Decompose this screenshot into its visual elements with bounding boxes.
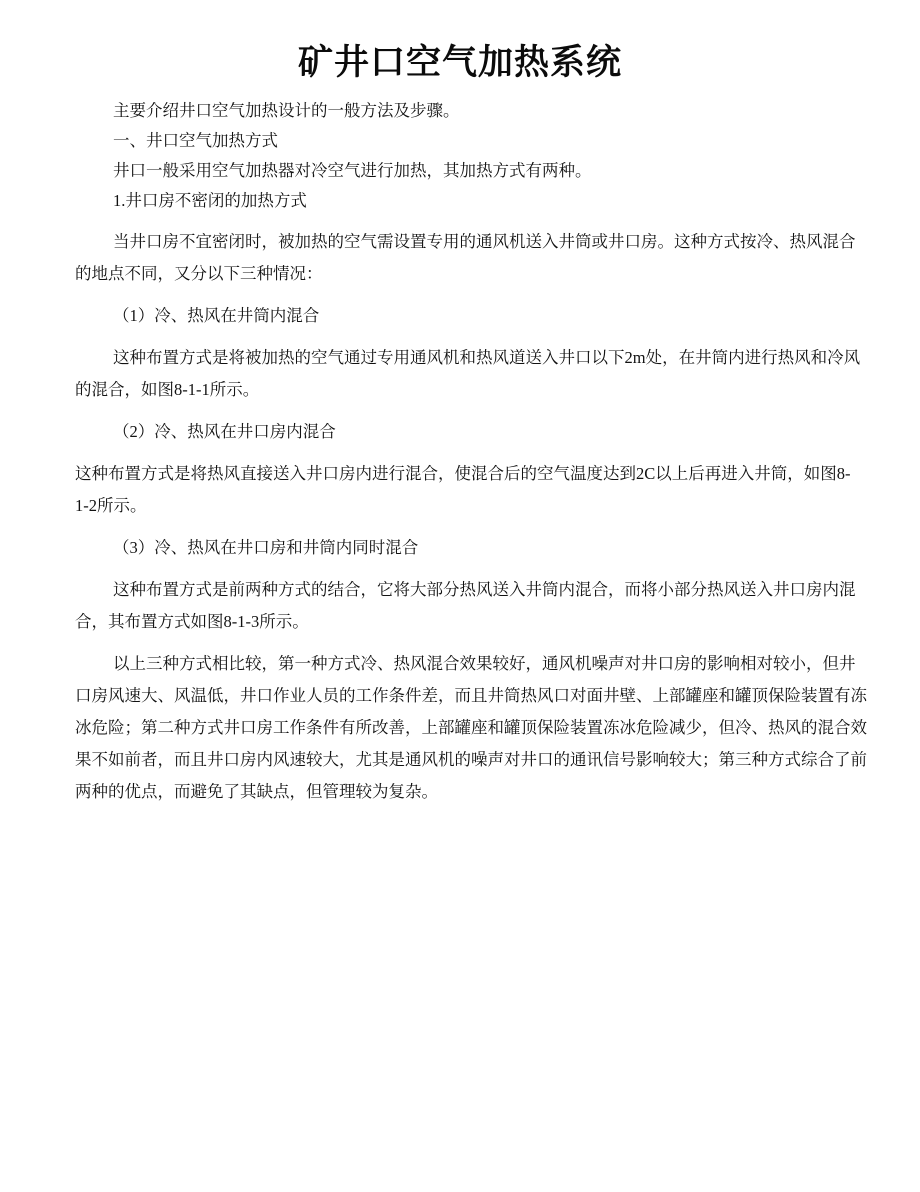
text-line: 口房风速大、风温低，井口作业人员的工作条件差，而且井筒热风口对面井壁、上部罐座和… — [75, 680, 875, 712]
text-line: 一、井口空气加热方式 — [75, 126, 875, 156]
paragraph: 主要介绍井口空气加热设计的一般方法及步骤。 — [75, 96, 875, 126]
paragraph: 当井口房不宜密闭时，被加热的空气需设置专用的通风机送入井筒或井口房。这种方式按冷… — [75, 226, 875, 290]
text-line: 两种的优点，而避免了其缺点，但管理较为复杂。 — [75, 776, 875, 808]
text-line: 以上三种方式相比较，第一种方式冷、热风混合效果较好，通风机噪声对井口房的影响相对… — [75, 648, 875, 680]
document-body: 主要介绍井口空气加热设计的一般方法及步骤。一、井口空气加热方式井口一般采用空气加… — [75, 96, 875, 808]
paragraph: （3）冷、热风在井口房和井筒内同时混合 — [75, 532, 875, 564]
document-title: 矿井口空气加热系统 — [0, 0, 920, 83]
text-line: （2）冷、热风在井口房内混合 — [75, 416, 875, 448]
paragraph: 井口一般采用空气加热器对冷空气进行加热，其加热方式有两种。 — [75, 156, 875, 186]
text-line: 1-2所示。 — [75, 490, 875, 522]
document-page: 矿井口空气加热系统 主要介绍井口空气加热设计的一般方法及步骤。一、井口空气加热方… — [0, 0, 920, 808]
text-line: 的地点不同，又分以下三种情况： — [75, 258, 875, 290]
paragraph: （2）冷、热风在井口房内混合 — [75, 416, 875, 448]
paragraph: 这种布置方式是将热风直接送入井口房内进行混合，使混合后的空气温度达到2C以上后再… — [75, 458, 875, 522]
paragraph: 这种布置方式是将被加热的空气通过专用通风机和热风道送入井口以下2m处，在井筒内进… — [75, 342, 875, 406]
text-line: 的混合，如图8-1-1所示。 — [75, 374, 875, 406]
text-line: 果不如前者，而且井口房内风速较大，尤其是通风机的噪声对井口的通讯信号影响较大；第… — [75, 744, 875, 776]
text-line: 这种布置方式是前两种方式的结合，它将大部分热风送入井筒内混合，而将小部分热风送入… — [75, 574, 875, 606]
text-line: 当井口房不宜密闭时，被加热的空气需设置专用的通风机送入井筒或井口房。这种方式按冷… — [75, 226, 875, 258]
paragraph: 以上三种方式相比较，第一种方式冷、热风混合效果较好，通风机噪声对井口房的影响相对… — [75, 648, 875, 808]
text-line: 合，其布置方式如图8-1-3所示。 — [75, 606, 875, 638]
text-line: 井口一般采用空气加热器对冷空气进行加热，其加热方式有两种。 — [75, 156, 875, 186]
text-line: 1.井口房不密闭的加热方式 — [75, 186, 875, 216]
text-line: 主要介绍井口空气加热设计的一般方法及步骤。 — [75, 96, 875, 126]
text-line: 这种布置方式是将被加热的空气通过专用通风机和热风道送入井口以下2m处，在井筒内进… — [75, 342, 875, 374]
text-line: 冰危险；第二种方式井口房工作条件有所改善，上部罐座和罐顶保险装置冻冰危险减少，但… — [75, 712, 875, 744]
paragraph: （1）冷、热风在井筒内混合 — [75, 300, 875, 332]
paragraph: 1.井口房不密闭的加热方式 — [75, 186, 875, 216]
text-line: 这种布置方式是将热风直接送入井口房内进行混合，使混合后的空气温度达到2C以上后再… — [75, 458, 875, 490]
text-line: （3）冷、热风在井口房和井筒内同时混合 — [75, 532, 875, 564]
paragraph: 一、井口空气加热方式 — [75, 126, 875, 156]
text-line: （1）冷、热风在井筒内混合 — [75, 300, 875, 332]
paragraph: 这种布置方式是前两种方式的结合，它将大部分热风送入井筒内混合，而将小部分热风送入… — [75, 574, 875, 638]
